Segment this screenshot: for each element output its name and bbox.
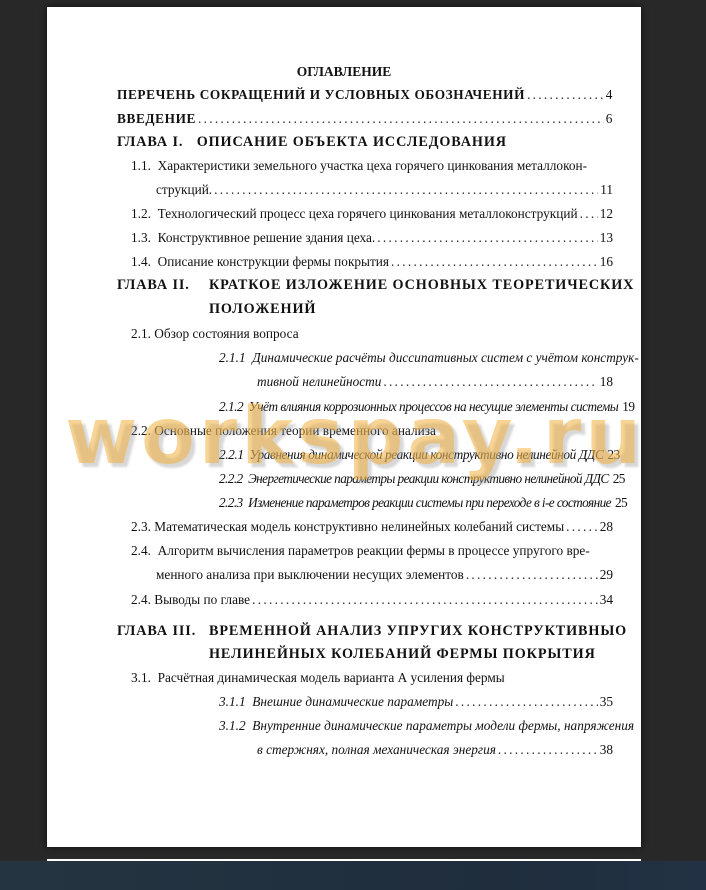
section-number: 2.3. [131,519,151,535]
toc-entry-2-2[interactable]: 2.2. Основные положения теории временног… [131,423,436,439]
toc-entry-label: струкций. [156,182,212,198]
document-page: ОГЛАВЛЕНИЕ ПЕРЕЧЕНЬ СОКРАЩЕНИЙ И УСЛОВНЫ… [47,7,641,847]
chapter-number: ГЛАВА III. [117,623,209,639]
toc-entry-label: Обзор состояния вопроса [154,326,298,341]
toc-page-number: 6 [606,111,613,127]
toc-entry-2-4-conclusions[interactable]: 2.4. Выводы по главе ...................… [131,592,613,608]
document-viewer[interactable]: ОГЛАВЛЕНИЕ ПЕРЕЧЕНЬ СОКРАЩЕНИЙ И УСЛОВНЫ… [0,0,706,860]
toc-entry-1-4[interactable]: 1.4. Описание конструкции фермы покрытия… [131,254,613,270]
toc-entry-label: Внешние динамические параметры [252,694,453,709]
toc-page-number: 13 [600,230,613,246]
toc-chapter-3[interactable]: ГЛАВА III.ВРЕМЕННОЙ АНАЛИЗ УПРУГИХ КОНСТ… [117,623,613,639]
toc-entry-3-1-1[interactable]: 3.1.1 Внешние динамические параметры ...… [219,694,613,710]
toc-entry-label: Математическая модель конструктивно нели… [154,519,564,534]
section-number: 2.1.1 [219,350,246,366]
toc-page-number: 35 [600,694,613,710]
chapter-number: ГЛАВА II. [117,277,209,293]
toc-entry-label: в стержнях, полная механическая энергия [257,742,496,758]
toc-entry-label: Описание конструкции фермы покрытия [158,254,389,269]
toc-page-number: 25 [615,495,627,511]
toc-page-number: 18 [600,374,613,390]
toc-entry-label: ВВЕДЕНИЕ [117,111,196,127]
section-number: 2.1.2 [219,399,243,415]
toc-entry-1-1-cont[interactable]: струкций. ..............................… [156,182,613,198]
toc-chapter-2-cont[interactable]: ПОЛОЖЕНИЙ [209,301,316,317]
toc-entry-3-1-2-cont[interactable]: в стержнях, полная механическая энергия … [257,742,613,758]
toc-entry-label: Характеристики земельного участка цеха г… [158,158,587,173]
toc-page-number: 25 [613,471,625,487]
toc-page-number: 11 [600,182,613,198]
section-number: 2.2.1 [219,447,244,463]
toc-chapter-3-cont[interactable]: НЕЛИНЕЙНЫХ КОЛЕБАНИЙ ФЕРМЫ ПОКРЫТИЯ [209,646,596,662]
toc-entry-2-2-3[interactable]: 2.2.3 Изменение параметров реакции систе… [219,495,613,511]
toc-entry-1-1[interactable]: 1.1. Характеристики земельного участка ц… [131,158,587,174]
section-number: 1.2. [131,206,151,222]
leader-dots: ........................................… [214,182,598,198]
section-number: 2.1. [131,326,151,342]
leader-dots: ...... [566,519,598,535]
section-number: 2.4. [131,592,151,608]
section-number: 3.1.2 [219,718,246,734]
toc-entry-label: Основные положения теории временного ана… [154,423,436,438]
section-number: 2.4. [131,543,151,559]
toc-entry-2-2-1[interactable]: 2.2.1 Уравнения динамической реакции кон… [219,447,613,463]
toc-entry-label: Выводы по главе [154,592,250,607]
section-number: 1.3. [131,230,151,246]
leader-dots: ........................................… [377,230,597,246]
leader-dots: ........................................… [198,111,604,127]
toc-entry-label: тивной нелинейности [257,374,381,390]
leader-dots: ........................................… [252,592,598,608]
toc-entry-label: Технологический процесс цеха горячего ци… [158,206,578,221]
toc-entry-abbreviations[interactable]: ПЕРЕЧЕНЬ СОКРАЩЕНИЙ И УСЛОВНЫХ ОБОЗНАЧЕН… [117,87,613,103]
toc-entry-1-2[interactable]: 1.2. Технологический процесс цеха горяче… [131,206,613,222]
toc-page-number: 34 [600,592,613,608]
leader-dots: ........... [580,206,598,222]
toc-entry-3-1-2[interactable]: 3.1.2 Внутренние динамические параметры … [219,718,634,734]
bottom-bar [0,861,706,890]
section-number: 1.1. [131,158,151,174]
toc-entry-label: Конструктивное решение здания цеха. [158,230,376,245]
toc-page-number: 38 [600,742,613,758]
toc-entry-label: Внутренние динамические параметры модели… [252,718,634,733]
toc-page-number: 28 [600,519,613,535]
leader-dots: ........................................… [455,694,597,710]
toc-entry-2-4[interactable]: 2.4. Алгоритм вычисления параметров реак… [131,543,590,559]
toc-entry-label: Уравнения динамической реакции конструкт… [249,447,603,462]
toc-entry-2-1-2[interactable]: 2.1.2 Учёт влияния коррозионных процессо… [219,399,613,415]
toc-chapter-1[interactable]: ГЛАВА I. ОПИСАНИЕ ОБЪЕКТА ИССЛЕДОВАНИЯ [117,134,507,150]
toc-entry-label: Учёт влияния коррозионных процессов на н… [249,399,618,414]
toc-page-number: 16 [600,254,613,270]
toc-page-number: 12 [600,206,613,222]
toc-entry-2-1-1[interactable]: 2.1.1 Динамические расчёты диссипативных… [219,350,639,366]
toc-chapter-2[interactable]: ГЛАВА II.КРАТКОЕ ИЗЛОЖЕНИЕ ОСНОВНЫХ ТЕОР… [117,277,613,293]
toc-entry-2-3[interactable]: 2.3. Математическая модель конструктивно… [131,519,613,535]
leader-dots: ........................................… [466,567,598,583]
leader-dots: ........................................… [498,742,598,758]
toc-page-number: 4 [606,87,613,103]
toc-entry-1-3[interactable]: 1.3. Конструктивное решение здания цеха.… [131,230,613,246]
toc-title: ОГЛАВЛЕНИЕ [47,64,641,80]
toc-page-number: 19 [622,399,634,415]
toc-entry-label: Расчётная динамическая модель варианта А… [158,670,505,685]
section-number: 3.1. [131,670,151,686]
toc-entry-2-2-2[interactable]: 2.2.2 Энергетические параметры реакции к… [219,471,613,487]
toc-entry-label: Алгоритм вычисления параметров реакции ф… [158,543,590,558]
toc-entry-label: ПЕРЕЧЕНЬ СОКРАЩЕНИЙ И УСЛОВНЫХ ОБОЗНАЧЕН… [117,87,525,103]
chapter-number: ГЛАВА I. [117,134,183,150]
toc-entry-introduction[interactable]: ВВЕДЕНИЕ ...............................… [117,111,613,127]
chapter-title: ВРЕМЕННОЙ АНАЛИЗ УПРУГИХ КОНСТРУКТИВНЫО [209,623,627,639]
section-number: 3.1.1 [219,694,246,710]
toc-entry-label: менного анализа при выключении несущих э… [156,567,464,583]
toc-page-number: 23 [607,447,620,463]
leader-dots: ........................................… [391,254,598,270]
section-number: 2.2.2 [219,471,243,487]
chapter-title: ОПИСАНИЕ ОБЪЕКТА ИССЛЕДОВАНИЯ [197,134,507,150]
toc-page-number: 29 [600,567,613,583]
toc-entry-label: Энергетические параметры реакции констру… [248,471,609,486]
toc-entry-label: Изменение параметров реакции системы при… [248,495,611,510]
section-number: 2.2. [131,423,151,439]
toc-entry-2-1-1-cont[interactable]: тивной нелинейности ....................… [257,374,613,390]
section-number: 1.4. [131,254,151,270]
chapter-title: КРАТКОЕ ИЗЛОЖЕНИЕ ОСНОВНЫХ ТЕОРЕТИЧЕСКИХ [209,277,634,293]
toc-entry-label: Динамические расчёты диссипативных систе… [252,350,639,365]
toc-entry-2-4-cont[interactable]: менного анализа при выключении несущих э… [156,567,613,583]
toc-entry-3-1[interactable]: 3.1. Расчётная динамическая модель вариа… [131,670,505,686]
leader-dots: ........................................… [527,87,604,103]
section-number: 2.2.3 [219,495,243,511]
leader-dots: ........................................… [383,374,597,390]
toc-entry-2-1[interactable]: 2.1. Обзор состояния вопроса [131,326,299,342]
